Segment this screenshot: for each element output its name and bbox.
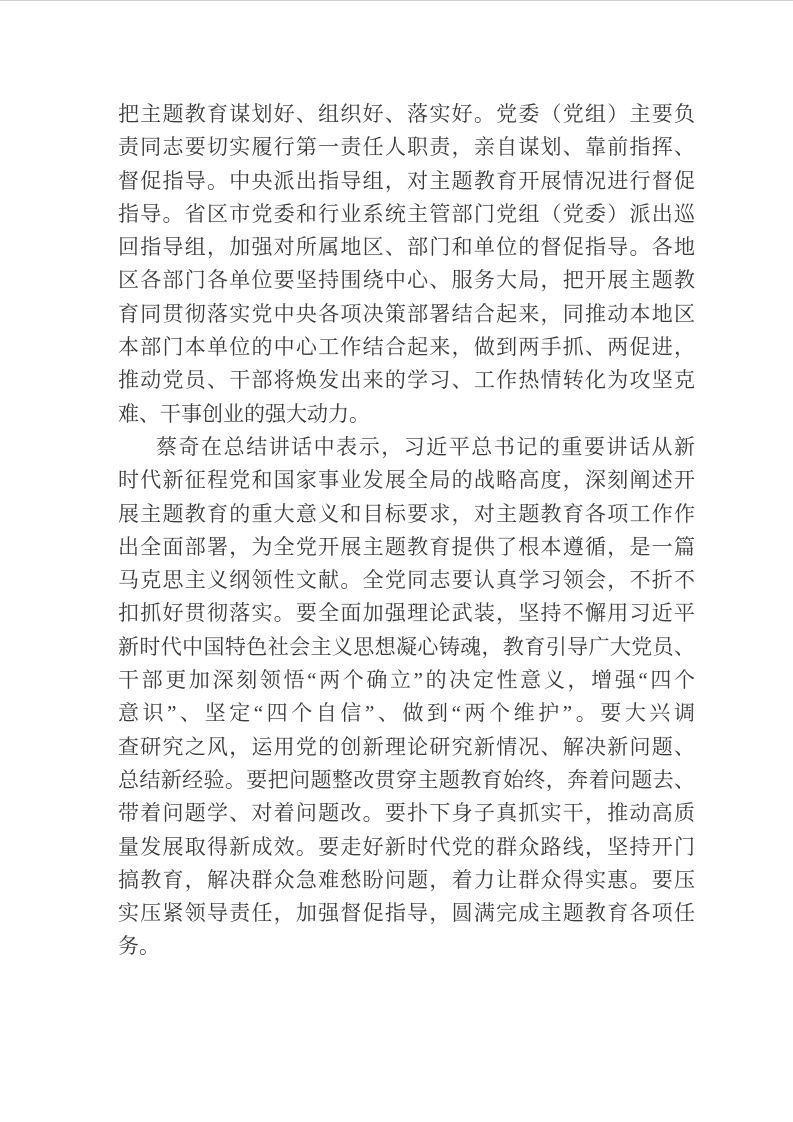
- text-line: 难、干事创业的强大动力。: [118, 398, 695, 431]
- text-line: 指导。省区市党委和行业系统主管部门党组（党委）派出巡: [118, 198, 695, 231]
- text-line: 督促指导。中央派出指导组，对主题教育开展情况进行督促: [118, 165, 695, 198]
- text-line: 扣抓好贯彻落实。要全面加强理论武装，坚持不懈用习近平: [118, 597, 695, 630]
- text-line: 本部门本单位的中心工作结合起来，做到两手抓、两促进，: [118, 331, 695, 364]
- document-page: 把主题教育谋划好、组织好、落实好。党委（党组）主要负责同志要切实履行第一责任人职…: [0, 0, 793, 1122]
- text-line: 查研究之风，运用党的创新理论研究新情况、解决新问题、: [118, 731, 695, 764]
- document-body: 把主题教育谋划好、组织好、落实好。党委（党组）主要负责同志要切实履行第一责任人职…: [118, 98, 695, 964]
- text-line: 出全面部署，为全党开展主题教育提供了根本遵循，是一篇: [118, 531, 695, 564]
- scan-edge-artifact: [0, 0, 793, 1]
- text-line: 带着问题学、对着问题改。要扑下身子真抓实干，推动高质: [118, 797, 695, 830]
- text-line: 总结新经验。要把问题整改贯穿主题教育始终，奔着问题去、: [118, 764, 695, 797]
- text-line: 回指导组，加强对所属地区、部门和单位的督促指导。各地: [118, 231, 695, 264]
- text-line: 干部更加深刻领悟“两个确立”的决定性意义，增强“四个: [118, 664, 695, 697]
- paragraph-1: 把主题教育谋划好、组织好、落实好。党委（党组）主要负责同志要切实履行第一责任人职…: [118, 98, 695, 431]
- text-line: 务。: [118, 930, 695, 963]
- text-line: 区各部门各单位要坚持围绕中心、服务大局，把开展主题教: [118, 264, 695, 297]
- text-line: 马克思主义纲领性文献。全党同志要认真学习领会，不折不: [118, 564, 695, 597]
- text-line: 把主题教育谋划好、组织好、落实好。党委（党组）主要负: [118, 98, 695, 131]
- paragraph-2: 蔡奇在总结讲话中表示，习近平总书记的重要讲话从新时代新征程党和国家事业发展全局的…: [118, 431, 695, 964]
- text-line: 展主题教育的重大意义和目标要求，对主题教育各项工作作: [118, 498, 695, 531]
- text-line: 责同志要切实履行第一责任人职责，亲自谋划、靠前指挥、: [118, 131, 695, 164]
- text-line: 育同贯彻落实党中央各项决策部署结合起来，同推动本地区: [118, 298, 695, 331]
- text-line: 蔡奇在总结讲话中表示，习近平总书记的重要讲话从新: [118, 431, 695, 464]
- text-line: 推动党员、干部将焕发出来的学习、工作热情转化为攻坚克: [118, 364, 695, 397]
- text-line: 时代新征程党和国家事业发展全局的战略高度，深刻阐述开: [118, 464, 695, 497]
- text-line: 实压紧领导责任，加强督促指导，圆满完成主题教育各项任: [118, 897, 695, 930]
- text-line: 搞教育，解决群众急难愁盼问题，着力让群众得实惠。要压: [118, 864, 695, 897]
- text-line: 意识”、坚定“四个自信”、做到“两个维护”。要大兴调: [118, 697, 695, 730]
- text-line: 新时代中国特色社会主义思想凝心铸魂，教育引导广大党员、: [118, 631, 695, 664]
- text-line: 量发展取得新成效。要走好新时代党的群众路线，坚持开门: [118, 831, 695, 864]
